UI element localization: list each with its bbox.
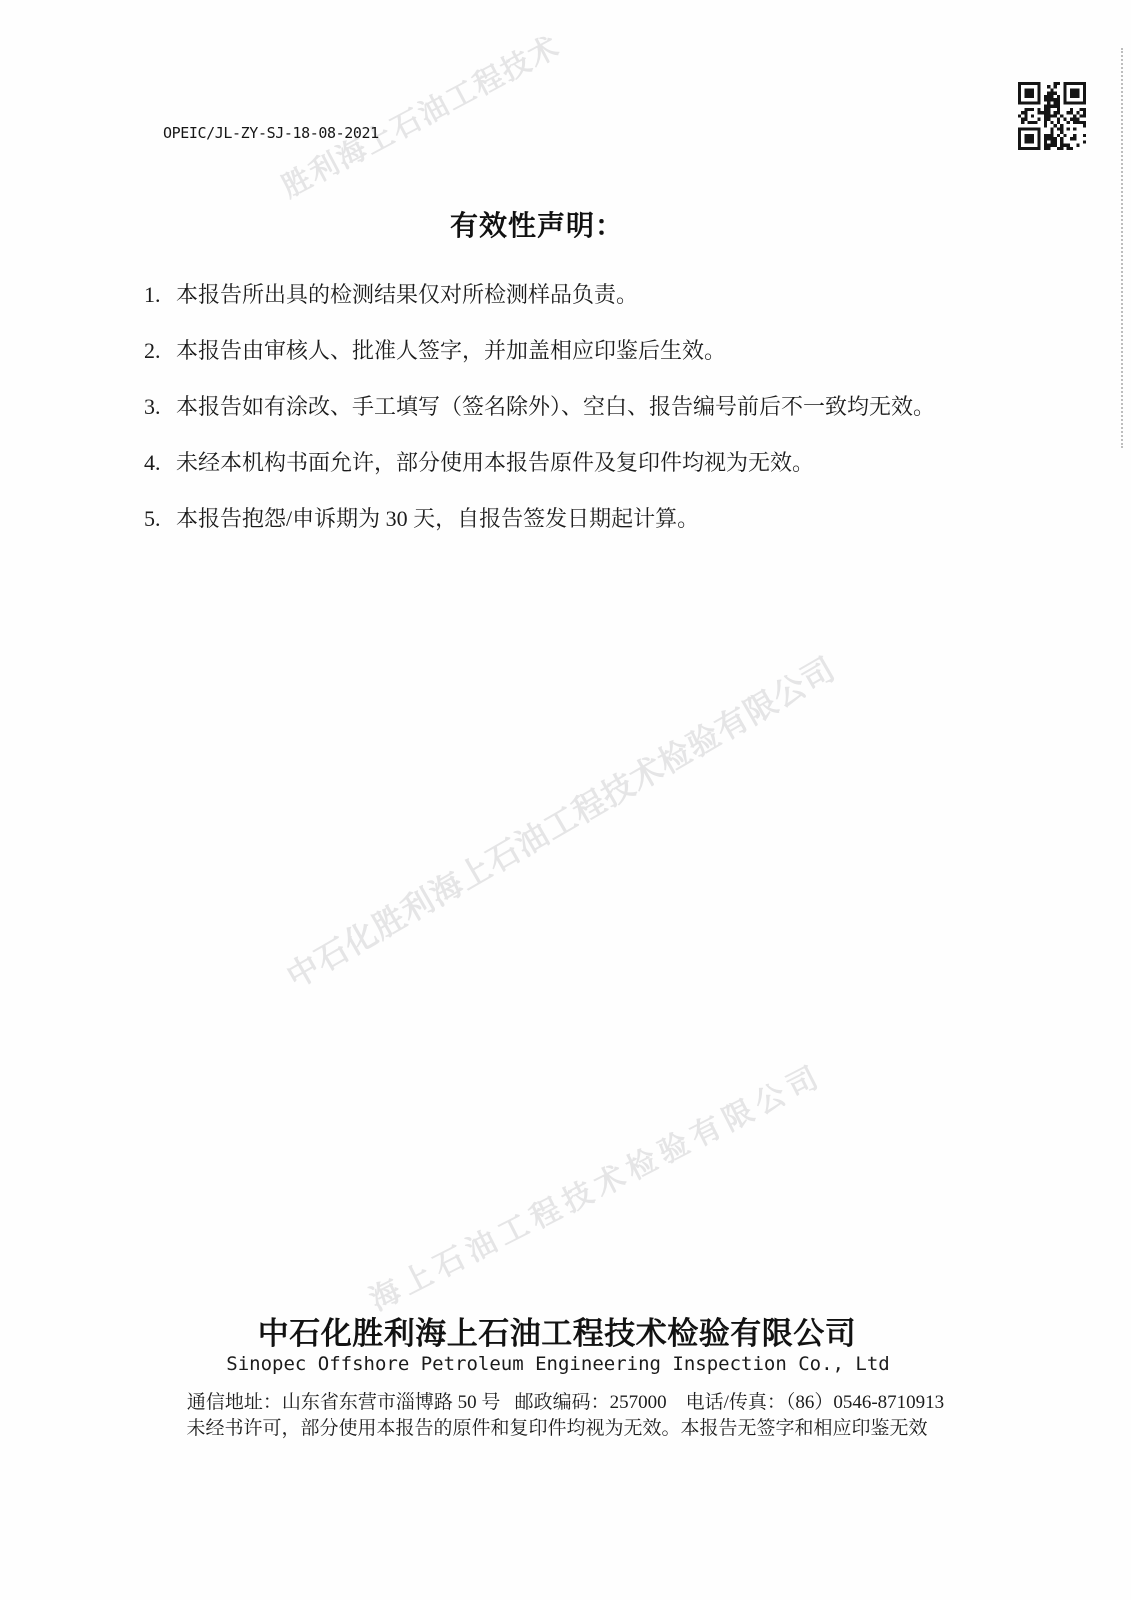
document-page: 胜利海上石油工程技术 中石化胜利海上石油工程技术检验有限公司 海上石油工程技术检… (0, 0, 1131, 1600)
statement-number: 1. (144, 281, 176, 309)
statement-text: 本报告所出具的检测结果仅对所检测样品负责。 (176, 282, 638, 307)
qr-code-icon (1018, 82, 1086, 150)
statement-text: 未经本机构书面允许，部分使用本报告原件及复印件均视为无效。 (176, 450, 814, 475)
statement-item-2: 2.本报告由审核人、批准人签字，并加盖相应印鉴后生效。 (144, 337, 726, 365)
statement-text: 本报告由审核人、批准人签字，并加盖相应印鉴后生效。 (176, 338, 726, 363)
statement-item-4: 4.未经本机构书面允许，部分使用本报告原件及复印件均视为无效。 (144, 449, 814, 477)
scan-artifact-dotted-line (1121, 48, 1123, 448)
statement-number: 4. (144, 449, 176, 477)
company-name-cn: 中石化胜利海上石油工程技术检验有限公司 (0, 1317, 1114, 1351)
watermark-top: 胜利海上石油工程技术 (274, 24, 567, 206)
statement-number: 3. (144, 393, 176, 421)
company-name-en: Sinopec Offshore Petroleum Engineering I… (0, 1353, 1116, 1375)
page-title: 有效性声明： (0, 204, 1074, 244)
statement-number: 5. (144, 505, 176, 533)
watermark-middle: 中石化胜利海上石油工程技术检验有限公司 (277, 644, 843, 997)
statement-item-5: 5.本报告抱怨/申诉期为 30 天，自报告签发日期起计算。 (144, 505, 699, 533)
document-code: OPEIC/JL-ZY-SJ-18-08-2021 (163, 124, 379, 142)
statement-number: 2. (144, 337, 176, 365)
footer-note-line: 未经书许可，部分使用本报告的原件和复印件均视为无效。本报告无签字和相应印鉴无效 (0, 1417, 1114, 1440)
company-address-line: 通信地址：山东省东营市淄博路 50 号 邮政编码：257000 电话/传真：（8… (0, 1391, 1131, 1414)
statement-item-1: 1.本报告所出具的检测结果仅对所检测样品负责。 (144, 281, 638, 309)
statement-text: 本报告如有涂改、手工填写（签名除外）、空白、报告编号前后不一致均无效。 (176, 394, 935, 419)
statement-item-3: 3.本报告如有涂改、手工填写（签名除外）、空白、报告编号前后不一致均无效。 (144, 393, 935, 421)
statement-text: 本报告抱怨/申诉期为 30 天，自报告签发日期起计算。 (176, 506, 699, 531)
watermark-lower: 海上石油工程技术检验有限公司 (360, 1051, 829, 1319)
